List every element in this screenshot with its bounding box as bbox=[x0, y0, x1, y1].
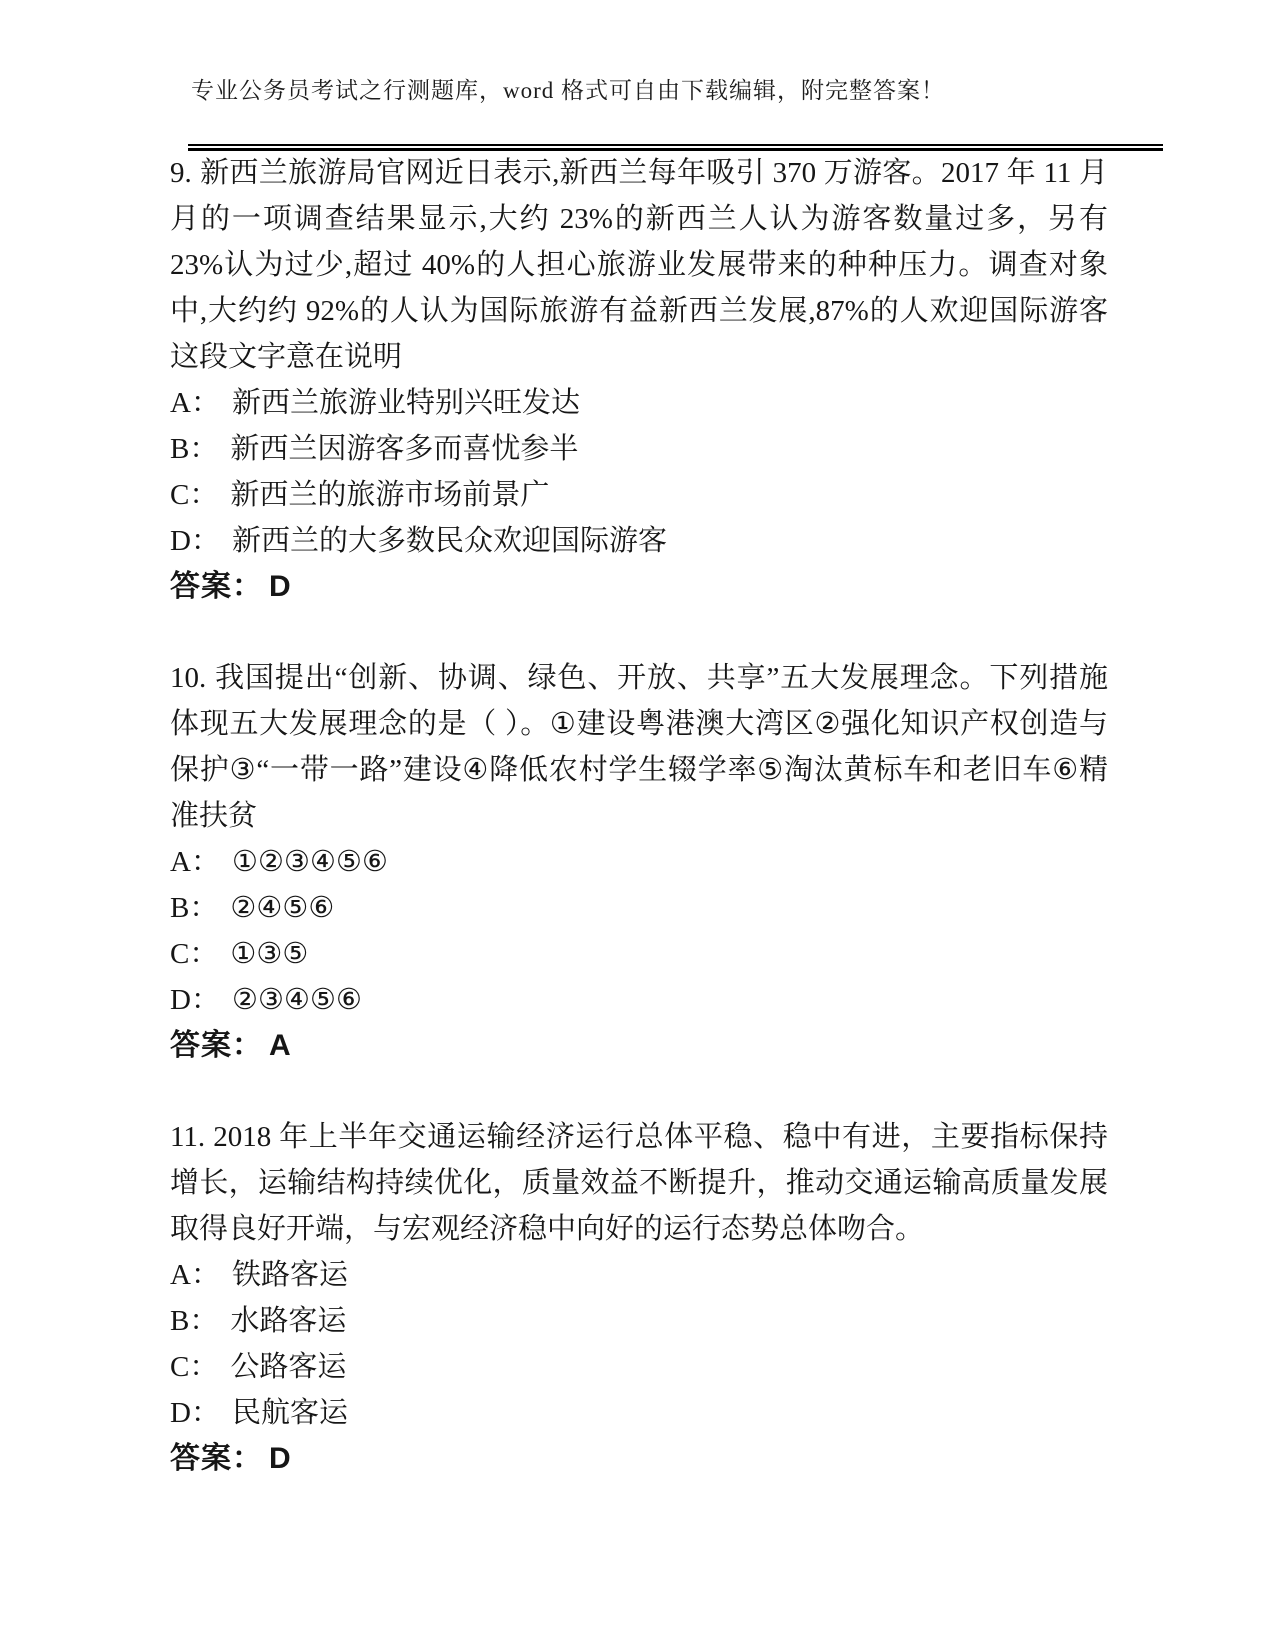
option-text: 民航客运 bbox=[232, 1397, 348, 1429]
question-10-option-d: D：②③④⑤⑥ bbox=[170, 977, 1108, 1023]
question-9-stem: 9.新西兰旅游局官网近日表示,新西兰每年吸引 370 万游客。2017 年 11… bbox=[170, 150, 1108, 380]
answer-value: A bbox=[269, 1029, 292, 1062]
option-label: D： bbox=[170, 1397, 220, 1429]
option-label: A： bbox=[170, 846, 220, 878]
question-9-option-b: B：新西兰因游客多而喜忧参半 bbox=[170, 426, 1108, 472]
option-label: A： bbox=[170, 1259, 220, 1291]
option-text: 铁路客运 bbox=[232, 1259, 348, 1291]
option-label: A： bbox=[170, 387, 220, 419]
question-10: 10.我国提出“创新、协调、绿色、开放、共享”五大发展理念。下列措施体现五大发展… bbox=[170, 655, 1108, 1069]
question-11-option-d: D：民航客运 bbox=[170, 1390, 1108, 1436]
option-label: B： bbox=[170, 892, 218, 924]
answer-label: 答案： bbox=[170, 570, 263, 603]
answer-label: 答案： bbox=[170, 1029, 263, 1062]
option-label: C： bbox=[170, 479, 218, 511]
question-11-answer-line: 答案：D bbox=[170, 1436, 1108, 1482]
question-10-number: 10. bbox=[170, 662, 206, 694]
question-9: 9.新西兰旅游局官网近日表示,新西兰每年吸引 370 万游客。2017 年 11… bbox=[170, 150, 1108, 610]
question-11-option-c: C：公路客运 bbox=[170, 1344, 1108, 1390]
question-11-stem: 11.2018 年上半年交通运输经济运行总体平稳、稳中有进，主要指标保持增长，运… bbox=[170, 1114, 1108, 1252]
option-text: 新西兰的旅游市场前景广 bbox=[230, 479, 549, 511]
question-9-option-a: A：新西兰旅游业特别兴旺发达 bbox=[170, 380, 1108, 426]
questions-area: 9.新西兰旅游局官网近日表示,新西兰每年吸引 370 万游客。2017 年 11… bbox=[170, 150, 1108, 1482]
option-text: ①③⑤ bbox=[230, 938, 308, 970]
document-page: 专业公务员考试之行测题库，word 格式可自由下载编辑，附完整答案！ 9.新西兰… bbox=[0, 0, 1275, 1650]
option-text: ②③④⑤⑥ bbox=[232, 984, 362, 1016]
question-10-answer-line: 答案：A bbox=[170, 1023, 1108, 1069]
question-11-option-a: A：铁路客运 bbox=[170, 1252, 1108, 1298]
answer-value: D bbox=[269, 570, 292, 603]
answer-label: 答案： bbox=[170, 1442, 263, 1475]
question-9-option-c: C：新西兰的旅游市场前景广 bbox=[170, 472, 1108, 518]
option-label: B： bbox=[170, 433, 218, 465]
question-9-option-d: D：新西兰的大多数民众欢迎国际游客 bbox=[170, 518, 1108, 564]
question-9-text: 新西兰旅游局官网近日表示,新西兰每年吸引 370 万游客。2017 年 11 月… bbox=[170, 157, 1108, 373]
question-10-option-a: A：①②③④⑤⑥ bbox=[170, 839, 1108, 885]
question-10-option-b: B：②④⑤⑥ bbox=[170, 885, 1108, 931]
question-11-option-b: B：水路客运 bbox=[170, 1298, 1108, 1344]
option-text: ①②③④⑤⑥ bbox=[232, 846, 388, 878]
option-label: D： bbox=[170, 984, 220, 1016]
option-text: 公路客运 bbox=[230, 1351, 346, 1383]
option-label: C： bbox=[170, 938, 218, 970]
option-label: B： bbox=[170, 1305, 218, 1337]
question-9-number: 9. bbox=[170, 157, 192, 189]
question-9-answer-line: 答案：D bbox=[170, 564, 1108, 610]
question-11-text: 2018 年上半年交通运输经济运行总体平稳、稳中有进，主要指标保持增长，运输结构… bbox=[170, 1121, 1108, 1245]
page-header-text: 专业公务员考试之行测题库，word 格式可自由下载编辑，附完整答案！ bbox=[191, 76, 945, 106]
option-text: 新西兰的大多数民众欢迎国际游客 bbox=[232, 525, 667, 557]
question-11: 11.2018 年上半年交通运输经济运行总体平稳、稳中有进，主要指标保持增长，运… bbox=[170, 1114, 1108, 1482]
question-11-number: 11. bbox=[170, 1121, 205, 1153]
answer-value: D bbox=[269, 1442, 292, 1475]
question-10-text: 我国提出“创新、协调、绿色、开放、共享”五大发展理念。下列措施体现五大发展理念的… bbox=[170, 662, 1108, 832]
option-text: 水路客运 bbox=[230, 1305, 346, 1337]
option-text: ②④⑤⑥ bbox=[230, 892, 334, 924]
question-10-stem: 10.我国提出“创新、协调、绿色、开放、共享”五大发展理念。下列措施体现五大发展… bbox=[170, 655, 1108, 839]
question-10-option-c: C：①③⑤ bbox=[170, 931, 1108, 977]
option-text: 新西兰因游客多而喜忧参半 bbox=[230, 433, 578, 465]
option-label: D： bbox=[170, 525, 220, 557]
option-label: C： bbox=[170, 1351, 218, 1383]
option-text: 新西兰旅游业特别兴旺发达 bbox=[232, 387, 580, 419]
